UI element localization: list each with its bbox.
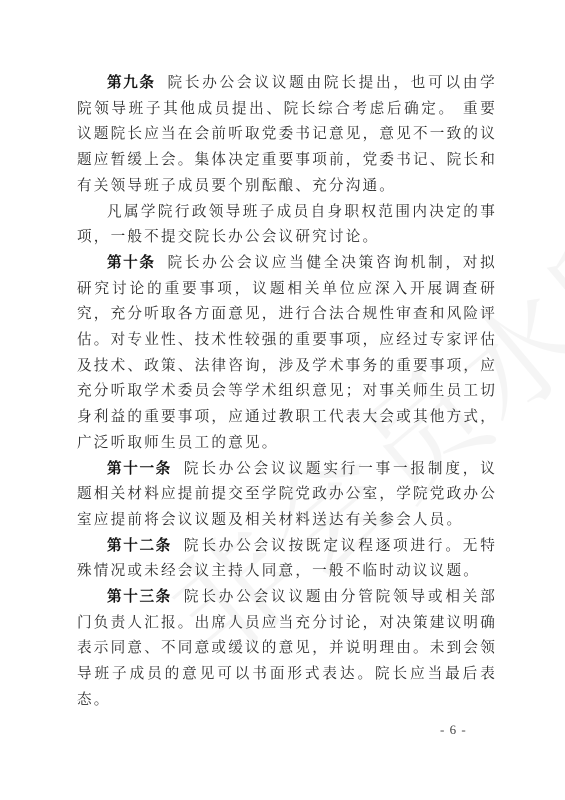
paragraph-article-11: 第十一条院长办公会议议题实行一事一报制度，议题相关材料应提前提交至学院党政办公室… [77,456,497,533]
article-heading: 第十三条 [107,588,172,605]
article-heading: 第十一条 [107,460,172,477]
article-heading: 第十条 [107,254,156,271]
paragraph-text: 凡属学院行政领导班子成员自身职权范围内决定的事项，一般不提交院长办公会议研究讨论… [77,203,497,246]
paragraph-article-9: 第九条院长办公会议议题由院长提出，也可以由学院领导班子其他成员提出、院长综合考虑… [77,70,497,199]
article-heading: 第九条 [107,74,156,91]
paragraph-text: 院长办公会议议题由院长提出，也可以由学院领导班子其他成员提出、院长综合考虑后确定… [77,74,497,194]
paragraph-text: 院长办公会议议题由分管院领导或相关部门负责人汇报。出席人员应当充分讨论，对决策建… [77,588,497,708]
paragraph-article-9-cont: 凡属学院行政领导班子成员自身职权范围内决定的事项，一般不提交院长办公会议研究讨论… [77,199,497,250]
paragraph-article-12: 第十二条院长办公会议按既定议程逐项进行。无特殊情况或未经会议主持人同意，一般不临… [77,533,497,584]
document-body: 第九条院长办公会议议题由院长提出，也可以由学院领导班子其他成员提出、院长综合考虑… [77,70,497,713]
article-heading: 第十二条 [107,537,172,554]
paragraph-article-10: 第十条院长办公会议应当健全决策咨询机制，对拟研究讨论的重要事项，议题相关单位应深… [77,250,497,456]
page-number: - 6 - [440,722,467,738]
paragraph-article-13: 第十三条院长办公会议议题由分管院领导或相关部门负责人汇报。出席人员应当充分讨论，… [77,584,497,713]
paragraph-text: 院长办公会议应当健全决策咨询机制，对拟研究讨论的重要事项，议题相关单位应深入开展… [77,254,497,451]
